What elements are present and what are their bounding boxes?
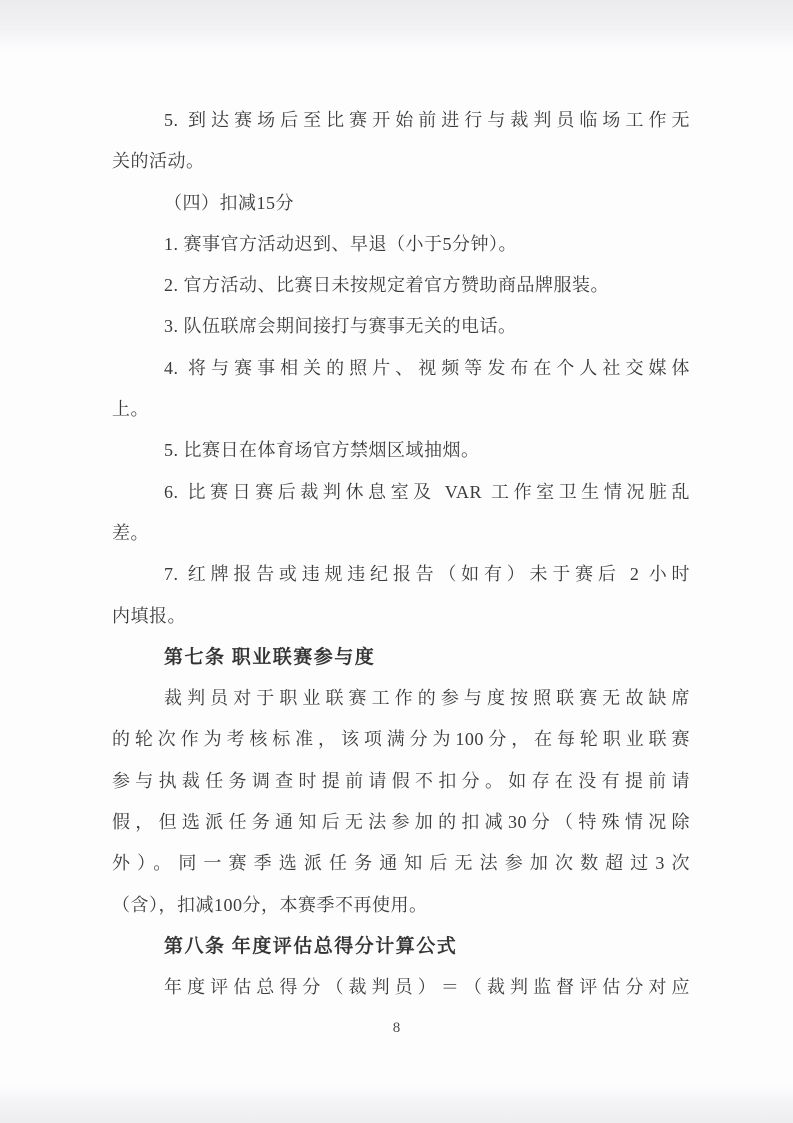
article-7-body-line4: 假，但选派任务通知后无法参加的扣减30分（特殊情况除: [112, 802, 690, 843]
document-body: 5. 到达赛场后至比赛开始前进行与裁判员临场工作无 关的活动。 （四）扣减15分…: [112, 100, 690, 1009]
article-7-body-line5: 外）。同一赛季选派任务通知后无法参加次数超过3次: [112, 843, 690, 884]
deduct15-item-7-line1: 7. 红牌报告或违规违纪报告（如有）未于赛后 2 小时: [112, 554, 690, 595]
deduct15-item-5: 5. 比赛日在体育场官方禁烟区域抽烟。: [112, 430, 690, 471]
deduction-item-5-line1: 5. 到达赛场后至比赛开始前进行与裁判员临场工作无: [112, 100, 690, 141]
article-7-heading: 第七条 职业联赛参与度: [112, 637, 690, 678]
subsection-heading-deduct-15: （四）扣减15分: [112, 183, 690, 224]
scan-edge-bottom: [0, 1085, 793, 1123]
article-7-body-line1: 裁判员对于职业联赛工作的参与度按照联赛无故缺席: [112, 678, 690, 719]
deduction-item-5-line2: 关的活动。: [112, 141, 690, 182]
scanned-document-page: 5. 到达赛场后至比赛开始前进行与裁判员临场工作无 关的活动。 （四）扣减15分…: [0, 0, 793, 1123]
page-number: 8: [0, 1020, 793, 1037]
deduct15-item-6-line1: 6. 比赛日赛后裁判休息室及 VAR 工作室卫生情况脏乱: [112, 472, 690, 513]
article-8-heading: 第八条 年度评估总得分计算公式: [112, 926, 690, 967]
deduct15-item-1: 1. 赛事官方活动迟到、早退（小于5分钟）。: [112, 224, 690, 265]
scan-edge-top: [0, 0, 793, 52]
deduct15-item-7-line2: 内填报。: [112, 596, 690, 637]
deduct15-item-4-line2: 上。: [112, 389, 690, 430]
article-7-body-line2: 的轮次作为考核标准，该项满分为100分，在每轮职业联赛: [112, 719, 690, 760]
article-7-body-line6: （含），扣减100分，本赛季不再使用。: [112, 885, 690, 926]
article-8-body-line1: 年度评估总得分（裁判员）＝（裁判监督评估分对应: [112, 967, 690, 1008]
article-7-body-line3: 参与执裁任务调查时提前请假不扣分。如存在没有提前请: [112, 761, 690, 802]
deduct15-item-2: 2. 官方活动、比赛日未按规定着官方赞助商品牌服装。: [112, 265, 690, 306]
deduct15-item-3: 3. 队伍联席会期间接打与赛事无关的电话。: [112, 306, 690, 347]
deduct15-item-6-line2: 差。: [112, 513, 690, 554]
deduct15-item-4-line1: 4. 将与赛事相关的照片、视频等发布在个人社交媒体: [112, 348, 690, 389]
